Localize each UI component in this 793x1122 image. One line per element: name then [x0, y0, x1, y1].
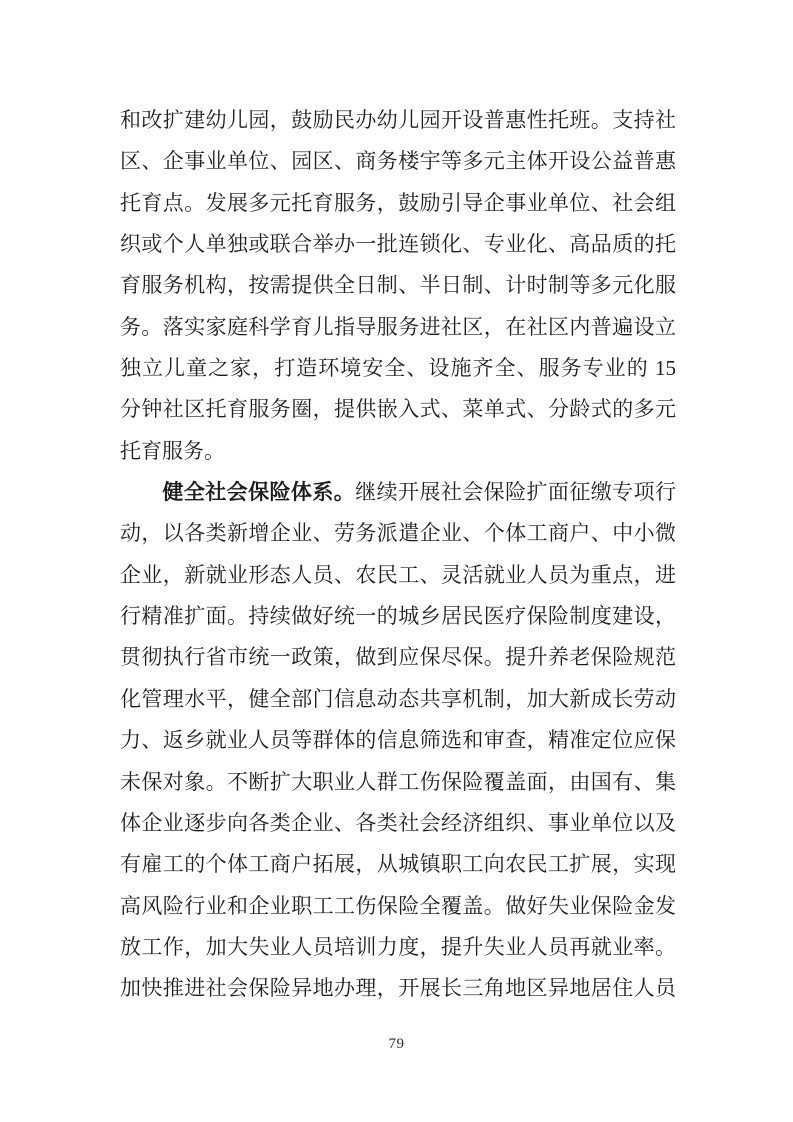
- line-text: 有雇工的个体工商户拓展，从城镇职工向农民工扩展，实现: [120, 852, 676, 876]
- text-line: 动，以各类新增企业、劳务派遣企业、个体工商户、中小微: [120, 513, 676, 554]
- text-line: 体企业逐步向各类企业、各类社会经济组织、事业单位以及: [120, 803, 676, 844]
- text-line: 独立儿童之家，打造环境安全、设施齐全、服务专业的 15: [120, 348, 676, 389]
- document-page: 和改扩建幼儿园，鼓励民办幼儿园开设普惠性托班。支持社区、企事业单位、园区、商务楼…: [0, 0, 793, 1122]
- line-text: 动，以各类新增企业、劳务派遣企业、个体工商户、中小微: [120, 521, 676, 545]
- line-text: 企业，新就业形态人员、农民工、灵活就业人员为重点，进: [120, 563, 676, 587]
- text-line: 放工作，加大失业人员培训力度，提升失业人员再就业率。: [120, 927, 676, 968]
- text-line: 分钟社区托育服务圈，提供嵌入式、菜单式、分龄式的多元: [120, 389, 676, 430]
- text-line: 织或个人单独或联合举办一批连锁化、专业化、高品质的托: [120, 224, 676, 265]
- text-line: 力、返乡就业人员等群体的信息筛选和审查，精准定位应保: [120, 720, 676, 761]
- line-text: 放工作，加大失业人员培训力度，提升失业人员再就业率。: [120, 935, 676, 959]
- text-line: 区、企事业单位、园区、商务楼宇等多元主体开设公益普惠: [120, 141, 676, 182]
- line-text: 区、企事业单位、园区、商务楼宇等多元主体开设公益普惠: [120, 149, 676, 173]
- page-number: 79: [0, 1036, 793, 1053]
- line-text: 化管理水平，健全部门信息动态共享机制，加大新成长劳动: [120, 687, 676, 711]
- line-text: 贯彻执行省市统一政策，做到应保尽保。提升养老保险规范: [120, 645, 676, 669]
- first-line-indent: [120, 498, 162, 499]
- text-line: 育服务机构，按需提供全日制、半日制、计时制等多元化服: [120, 265, 676, 306]
- line-text: 务。落实家庭科学育儿指导服务进社区，在社区内普遍设立: [120, 315, 676, 339]
- text-line: 务。落实家庭科学育儿指导服务进社区，在社区内普遍设立: [120, 307, 676, 348]
- line-text: 加快推进社会保险异地办理，开展长三角地区异地居住人员: [120, 976, 676, 1000]
- line-text: 未保对象。不断扩大职业人群工伤保险覆盖面，由国有、集: [120, 770, 676, 794]
- text-line: 有雇工的个体工商户拓展，从城镇职工向农民工扩展，实现: [120, 844, 676, 885]
- text-line: 行精准扩面。持续做好统一的城乡居民医疗保险制度建设，: [120, 596, 676, 637]
- line-text: 独立儿童之家，打造环境安全、设施齐全、服务专业的 15: [120, 356, 676, 380]
- document-body: 和改扩建幼儿园，鼓励民办幼儿园开设普惠性托班。支持社区、企事业单位、园区、商务楼…: [120, 100, 676, 1010]
- text-line: 加快推进社会保险异地办理，开展长三角地区异地居住人员: [120, 968, 676, 1009]
- text-line: 和改扩建幼儿园，鼓励民办幼儿园开设普惠性托班。支持社: [120, 100, 676, 141]
- text-line: 贯彻执行省市统一政策，做到应保尽保。提升养老保险规范: [120, 637, 676, 678]
- text-line: 企业，新就业形态人员、农民工、灵活就业人员为重点，进: [120, 555, 676, 596]
- paragraph-lead-bold: 健全社会保险体系。: [162, 480, 355, 504]
- text-line: 托育服务。: [120, 431, 676, 472]
- text-line: 托育点。发展多元托育服务，鼓励引导企事业单位、社会组: [120, 183, 676, 224]
- line-text: 行精准扩面。持续做好统一的城乡居民医疗保险制度建设，: [120, 604, 676, 628]
- text-line: 高风险行业和企业职工工伤保险全覆盖。做好失业保险金发: [120, 886, 676, 927]
- line-text: 和改扩建幼儿园，鼓励民办幼儿园开设普惠性托班。支持社: [120, 108, 676, 132]
- line-text: 继续开展社会保险扩面征缴专项行: [355, 480, 676, 504]
- line-text: 高风险行业和企业职工工伤保险全覆盖。做好失业保险金发: [120, 894, 676, 918]
- text-line: 健全社会保险体系。继续开展社会保险扩面征缴专项行: [120, 472, 676, 513]
- line-text: 育服务机构，按需提供全日制、半日制、计时制等多元化服: [120, 273, 676, 297]
- line-text: 织或个人单独或联合举办一批连锁化、专业化、高品质的托: [120, 232, 676, 256]
- text-line: 未保对象。不断扩大职业人群工伤保险覆盖面，由国有、集: [120, 762, 676, 803]
- line-text: 力、返乡就业人员等群体的信息筛选和审查，精准定位应保: [120, 728, 676, 752]
- text-line: 化管理水平，健全部门信息动态共享机制，加大新成长劳动: [120, 679, 676, 720]
- line-text: 托育服务。: [120, 439, 225, 463]
- line-text: 托育点。发展多元托育服务，鼓励引导企事业单位、社会组: [120, 191, 676, 215]
- line-text: 体企业逐步向各类企业、各类社会经济组织、事业单位以及: [120, 811, 676, 835]
- line-text: 分钟社区托育服务圈，提供嵌入式、菜单式、分龄式的多元: [120, 397, 676, 421]
